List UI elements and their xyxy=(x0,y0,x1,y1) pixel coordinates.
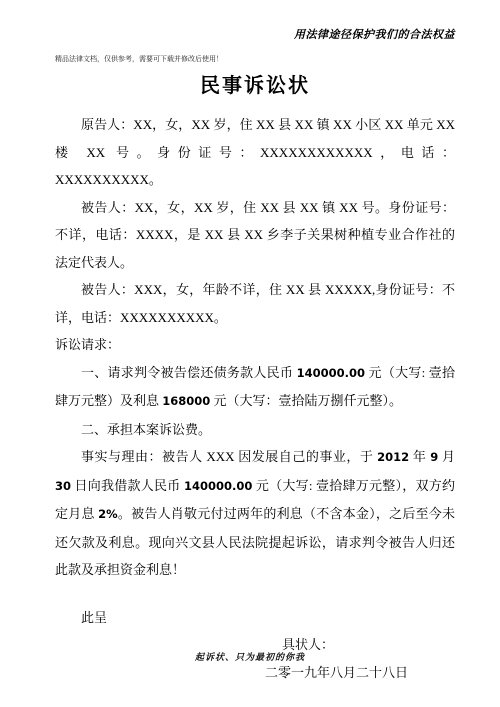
defendant2-paragraph: 被告人：XXX，女，年龄不详，住 XX 县 XXXXX,身份证号：不详，电话：X… xyxy=(55,276,455,331)
claims-heading: 诉讼请求： xyxy=(55,331,455,359)
facts-text-2: 年 xyxy=(409,449,430,464)
plaintiff-paragraph: 原告人：XX，女，XX 岁，住 XX 县 XX 镇 XX 小区 XX 单元 XX… xyxy=(55,111,455,194)
facts-loan-amount: 140000.00 xyxy=(184,479,252,493)
facts-text-3: 月 xyxy=(438,449,455,464)
closing-phrase: 此呈 xyxy=(55,604,455,632)
document-title: 民事诉讼状 xyxy=(55,72,455,100)
facts-interest-rate: 2% xyxy=(98,507,118,521)
defendant1-paragraph: 被告人：XX，女，XX 岁，住 XX 县 XX 镇 XX 号。身份证号：不详，电… xyxy=(55,194,455,277)
facts-text-4: 日向我借款人民币 xyxy=(71,478,184,493)
claim-1-text-post: 元（大写：壹拾陆万捌仟元整）。 xyxy=(210,393,402,408)
watermark-note: 精品法律文档，仅供参考，需要可下载并修改后使用！ xyxy=(55,55,455,64)
facts-month: 9 xyxy=(430,450,438,464)
claim-1-principal-amount: 140000.00 xyxy=(297,366,365,380)
facts-year: 2012 xyxy=(377,450,409,464)
header-slogan: 用法律途径保护我们的合法权益 xyxy=(55,28,455,42)
footer-note: 起诉状、只为最初的你我 xyxy=(0,650,500,663)
claim-2-paragraph: 二、承担本案诉讼费。 xyxy=(55,416,455,444)
claim-1-interest-amount: 168000 xyxy=(162,394,210,408)
facts-paragraph: 事实与理由：被告人 XXX 因发展自己的事业，于 2012 年 9 月 30 日… xyxy=(55,443,455,584)
claim-1-text-pre: 一、请求判令被告偿还债务款人民币 xyxy=(81,365,297,380)
facts-text-1: 事实与理由：被告人 XXX 因发展自己的事业，于 xyxy=(81,449,377,464)
claim-1-paragraph: 一、请求判令被告偿还债务款人民币 140000.00 元（大写: 壹拾肆万元整）… xyxy=(55,359,455,416)
facts-day: 30 xyxy=(55,479,71,493)
document-page: 用法律途径保护我们的合法权益 精品法律文档，仅供参考，需要可下载并修改后使用！ … xyxy=(0,0,500,707)
